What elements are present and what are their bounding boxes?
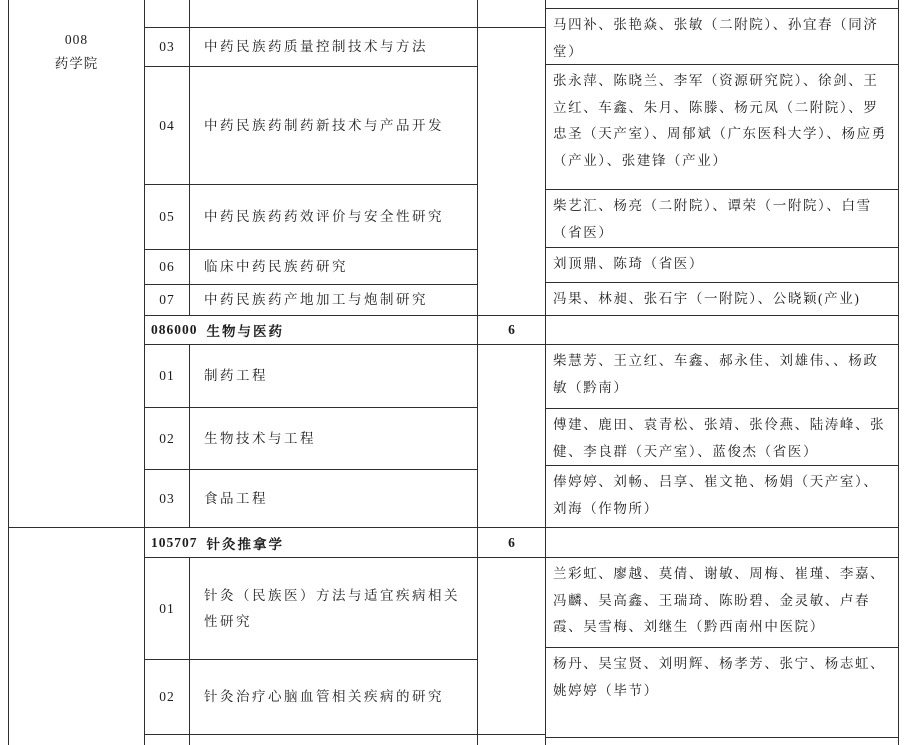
quota-cell: [478, 28, 545, 316]
department-cell: 008 药学院: [9, 0, 144, 528]
supervisors-cell: 冯果、林昶、张石宇（一附院）、公晓颖(产业): [546, 283, 898, 316]
supervisors-column: 马四补、张艳焱、张敏（二附院）、孙宜春（同济堂） 张永萍、陈晓兰、李军（资源研究…: [546, 0, 899, 745]
supervisors-cell-section-empty: [546, 528, 898, 558]
direction-cell: 中药民族药产地加工与炮制研究: [190, 285, 477, 316]
supervisors-cell: 柴慧芳、王立红、车鑫、郝永佳、刘雄伟、、杨政敏（黔南）: [546, 345, 898, 409]
supervisors-cell-partial-top: [546, 0, 898, 9]
direction-cell: [190, 0, 478, 27]
department-code: 008: [9, 28, 144, 52]
quota-cell: [478, 0, 545, 27]
row-number-cell: [145, 735, 190, 745]
section-code: 086000: [151, 322, 198, 338]
direction-cell: 食品工程: [190, 470, 477, 528]
direction-cell: [190, 735, 478, 745]
section-header-row-acu: 105707 针灸推拿学 6: [145, 528, 545, 558]
section-code: 105707: [151, 535, 198, 551]
supervisors-cell: 马四补、张艳焱、张敏（二附院）、孙宜春（同济堂）: [546, 9, 898, 65]
supervisors-cell: 兰彩虹、廖越、莫倩、谢敏、周梅、崔瑾、李嘉、冯麟、吴高鑫、王瑞琦、陈盼碧、金灵敏…: [546, 558, 898, 648]
partial-row-bottom: [145, 735, 545, 745]
section-header-cell: 105707 针灸推拿学: [145, 528, 478, 558]
section-name: 生物与医药: [207, 320, 285, 340]
section-name: 针灸推拿学: [207, 533, 285, 553]
supervisors-cell: 张永萍、陈晓兰、李军（资源研究院）、徐剑、王立红、车鑫、朱月、陈滕、杨元凤（二附…: [546, 65, 898, 190]
row-number-cell: 03: [145, 470, 189, 528]
direction-cell: 生物技术与工程: [190, 408, 477, 470]
supervisors-cell-partial-bottom: [546, 738, 898, 745]
quota-cell: [478, 735, 545, 745]
direction-cell: 中药民族药药效评价与安全性研究: [190, 185, 477, 250]
direction-cell: 中药民族药制药新技术与产品开发: [190, 67, 477, 185]
row-number-cell: 01: [145, 345, 189, 408]
supervisors-cell: 杨丹、吴宝贤、刘明辉、杨孝芳、张宁、杨志虹、姚婷婷（毕节）: [546, 648, 898, 738]
department-cell-next-partial: [9, 528, 144, 745]
bio-section-rows: 01 02 03 制药工程 生物技术与工程 食品工程: [145, 345, 545, 528]
quota-cell: [478, 345, 545, 528]
section-header-cell: 086000 生物与医药: [145, 316, 478, 345]
admissions-table-page: 008 药学院 03 04 05 06 07 中药民族药质量控制技术与方法 中药…: [0, 0, 909, 745]
quota-cell: [478, 558, 545, 735]
supervisors-cell: 刘顶鼎、陈琦（省医）: [546, 248, 898, 283]
row-number-cell: 02: [145, 660, 189, 735]
direction-stack: 中药民族药质量控制技术与方法 中药民族药制药新技术与产品开发 中药民族药药效评价…: [190, 28, 478, 316]
supervisors-cell: 俸婷婷、刘畅、吕享、崔文艳、杨娟（天产室）、刘海（作物所）: [546, 466, 898, 528]
direction-columns: 03 04 05 06 07 中药民族药质量控制技术与方法 中药民族药制药新技术…: [145, 0, 546, 745]
row-number-cell: [145, 0, 190, 27]
direction-cell: 临床中药民族药研究: [190, 250, 477, 285]
row-number-stack: 03 04 05 06 07: [145, 28, 190, 316]
section-header-row-bio: 086000 生物与医药 6: [145, 316, 545, 345]
row-number-cell: 01: [145, 558, 189, 660]
row-number-cell: 07: [145, 285, 189, 316]
acu-section-rows: 01 02 针灸（民族医）方法与适宜疾病相关性研究 针灸治疗心脑血管相关疾病的研…: [145, 558, 545, 735]
row-number-stack: 01 02: [145, 558, 190, 735]
direction-cell: 制药工程: [190, 345, 477, 408]
section-quota: 6: [478, 528, 545, 558]
supervisors-cell: 傅建、鹿田、袁青松、张靖、张伶燕、陆涛峰、张健、李良群（天产室）、蓝俊杰（省医）: [546, 409, 898, 466]
row-number-cell: 06: [145, 250, 189, 285]
supervisors-cell-section-empty: [546, 316, 898, 345]
row-number-cell: 04: [145, 67, 189, 185]
row-number-cell: 02: [145, 408, 189, 470]
partial-row-top: [145, 0, 545, 28]
direction-stack: 针灸（民族医）方法与适宜疾病相关性研究 针灸治疗心脑血管相关疾病的研究: [190, 558, 478, 735]
row-number-stack: 01 02 03: [145, 345, 190, 528]
department-column: 008 药学院: [8, 0, 145, 745]
pharmacy-section-rows: 03 04 05 06 07 中药民族药质量控制技术与方法 中药民族药制药新技术…: [145, 28, 545, 316]
section-quota: 6: [478, 316, 545, 345]
department-name: 药学院: [9, 52, 144, 76]
direction-cell: 针灸治疗心脑血管相关疾病的研究: [190, 660, 477, 735]
direction-cell: 中药民族药质量控制技术与方法: [190, 28, 477, 67]
row-number-cell: 03: [145, 28, 189, 67]
row-number-cell: 05: [145, 185, 189, 250]
direction-stack: 制药工程 生物技术与工程 食品工程: [190, 345, 478, 528]
direction-cell: 针灸（民族医）方法与适宜疾病相关性研究: [190, 558, 477, 660]
supervisors-cell: 柴艺汇、杨亮（二附院）、谭荣（一附院）、白雪（省医）: [546, 190, 898, 248]
